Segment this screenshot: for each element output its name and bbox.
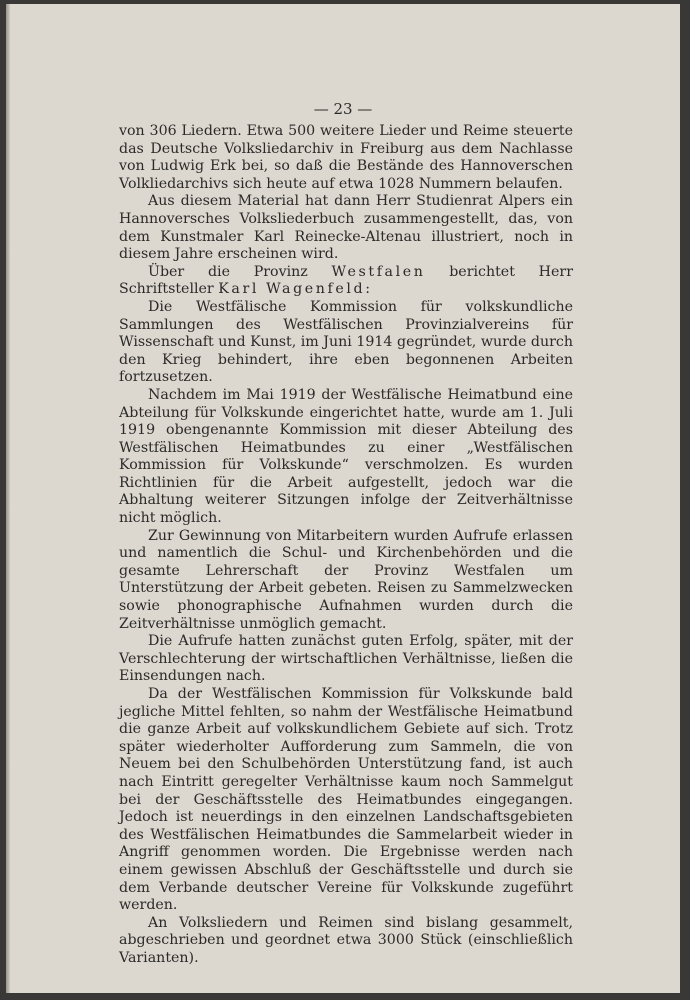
paragraph-westfalen-intro: Über die Provinz Westfalen berichtet Her… — [119, 264, 573, 299]
paragraph: Die Aufrufe hatten zunächst guten Erfolg… — [119, 633, 573, 686]
paragraph: Zur Gewinnung von Mitarbeitern wurden Au… — [119, 528, 573, 634]
text-span: : — [365, 281, 370, 297]
binding-edge — [6, 4, 10, 993]
page-number: — 23 — — [6, 100, 680, 118]
emphasis-author: Karl Wagenfeld — [218, 281, 365, 297]
document-page: — 23 — von 306 Liedern. Etwa 500 weitere… — [6, 4, 680, 993]
paragraph: Die Westfälische Kommission für volkskun… — [119, 299, 573, 387]
paragraph: Aus diesem Material hat dann Herr Studie… — [119, 193, 573, 263]
paragraph: von 306 Liedern. Etwa 500 weitere Lieder… — [119, 123, 573, 193]
text-span: Über die Provinz — [148, 264, 332, 280]
emphasis-westfalen: Westfalen — [332, 264, 426, 280]
paragraph: An Volksliedern und Reimen sind bislang … — [119, 915, 573, 968]
paragraph: Nachdem im Mai 1919 der Westfälische Hei… — [119, 387, 573, 528]
paragraph: Da der Westfälischen Kommission für Volk… — [119, 686, 573, 915]
body-text: von 306 Liedern. Etwa 500 weitere Lieder… — [119, 123, 573, 968]
